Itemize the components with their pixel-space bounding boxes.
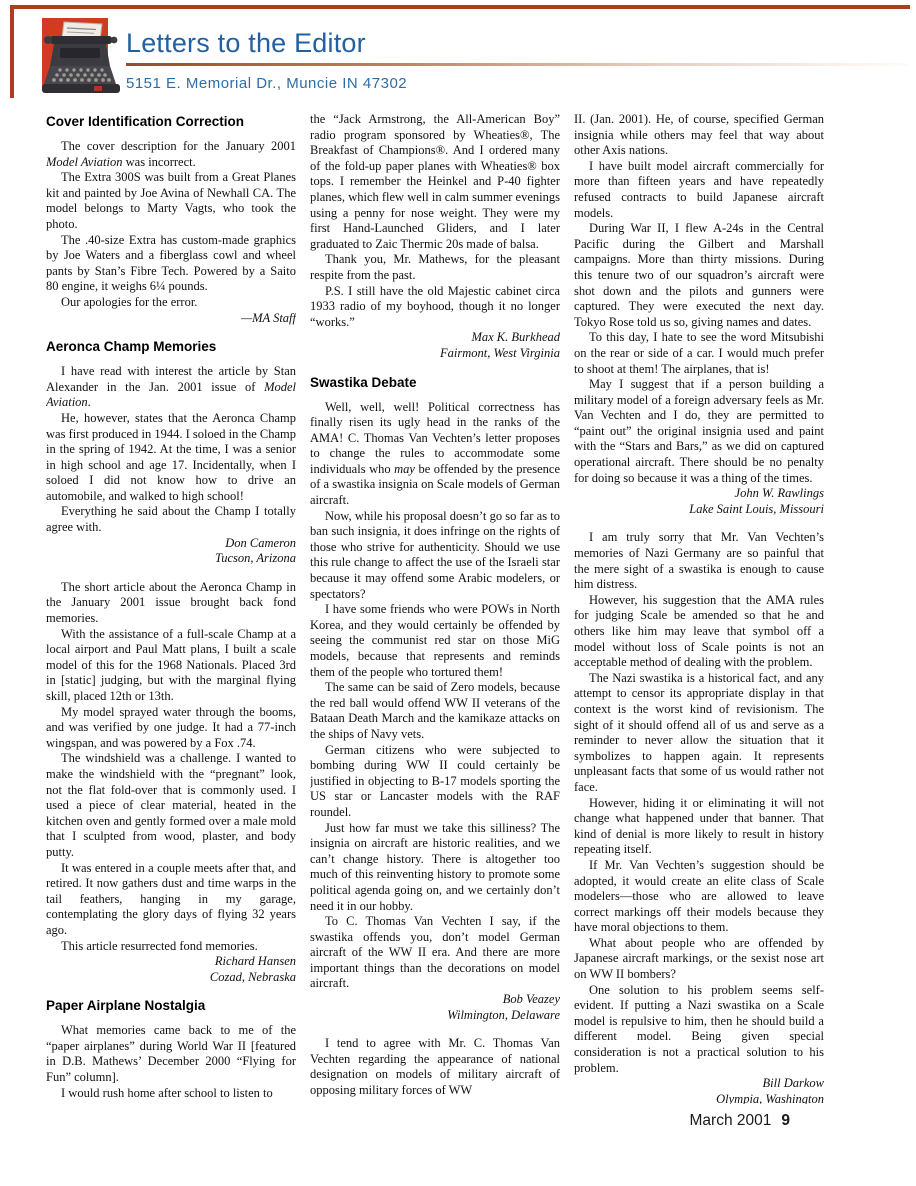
letter-paragraph: To this day, I hate to see the word Mits…: [574, 330, 824, 377]
column-3: II. (Jan. 2001). He, of course, specifie…: [574, 112, 824, 1104]
letter-paragraph: the “Jack Armstrong, the All-American Bo…: [310, 112, 560, 252]
letter-paragraph: I have read with interest the article by…: [46, 364, 296, 411]
letter-signature: John W. RawlingsLake Saint Louis, Missou…: [574, 486, 824, 517]
typewriter-graphic: [34, 18, 124, 104]
page-title: Letters to the Editor: [126, 28, 908, 58]
letter-signature: Richard HansenCozad, Nebraska: [46, 954, 296, 985]
column-1: Cover Identification CorrectionThe cover…: [46, 112, 296, 1104]
letter-paragraph: The Extra 300S was built from a Great Pl…: [46, 170, 296, 232]
top-border-rule: [10, 5, 910, 9]
typewriter-icon: [40, 16, 118, 96]
letter-paragraph: Just how far must we take this silliness…: [310, 821, 560, 915]
signature-line: Bill Darkow: [574, 1076, 824, 1092]
letter-paragraph: I am truly sorry that Mr. Van Vechten’s …: [574, 530, 824, 592]
letter-paragraph: It was entered in a couple meets after t…: [46, 861, 296, 939]
signature-line: Don Cameron: [46, 536, 296, 552]
letter-paragraph: The Nazi swastika is a historical fact, …: [574, 671, 824, 796]
signature-line: Lake Saint Louis, Missouri: [574, 502, 824, 518]
letter-paragraph: With the assistance of a full-scale Cham…: [46, 627, 296, 705]
letters-columns: Cover Identification CorrectionThe cover…: [46, 112, 824, 1104]
letter-paragraph: I tend to agree with Mr. C. Thomas Van V…: [310, 1036, 560, 1098]
letter-paragraph: Our apologies for the error.: [46, 295, 296, 311]
magazine-page: Letters to the Editor 5151 E. Memorial D…: [0, 0, 916, 1186]
signature-line: Bob Veazey: [310, 992, 560, 1008]
letter-paragraph: The .40-size Extra has custom-made graph…: [46, 233, 296, 295]
letter-signature: Bill DarkowOlympia, Washington: [574, 1076, 824, 1104]
signature-line: Richard Hansen: [46, 954, 296, 970]
editor-address: 5151 E. Memorial Dr., Muncie IN 47302: [126, 75, 908, 92]
letter-heading: Cover Identification Correction: [46, 114, 296, 130]
letter-heading: Swastika Debate: [310, 375, 560, 391]
signature-line: Wilmington, Delaware: [310, 1008, 560, 1024]
letter-paragraph: If Mr. Van Vechten’s suggestion should b…: [574, 858, 824, 936]
letter-paragraph: This article resurrected fond memories.: [46, 939, 296, 955]
letter-paragraph: German citizens who were subjected to bo…: [310, 743, 560, 821]
letter-paragraph: However, hiding it or eliminating it wil…: [574, 796, 824, 858]
letter-paragraph: P.S. I still have the old Majestic cabin…: [310, 284, 560, 331]
column-2: the “Jack Armstrong, the All-American Bo…: [310, 112, 560, 1104]
letter-paragraph: Well, well, well! Political correctness …: [310, 400, 560, 509]
letter-paragraph: The same can be said of Zero models, bec…: [310, 680, 560, 742]
letter-paragraph: Thank you, Mr. Mathews, for the pleasant…: [310, 252, 560, 283]
letter-paragraph: During War II, I flew A-24s in the Centr…: [574, 221, 824, 330]
left-border-rule: [10, 5, 14, 98]
letter-paragraph: What memories came back to me of the “pa…: [46, 1023, 296, 1085]
letter-heading: Paper Airplane Nostalgia: [46, 998, 296, 1014]
header-block: Letters to the Editor 5151 E. Memorial D…: [126, 28, 908, 92]
letter-paragraph: My model sprayed water through the booms…: [46, 705, 296, 752]
letter-paragraph: What about people who are offended by Ja…: [574, 936, 824, 983]
letter-paragraph: He, however, states that the Aeronca Cha…: [46, 411, 296, 505]
letter-paragraph: The short article about the Aeronca Cham…: [46, 580, 296, 627]
letter-signature: Bob VeazeyWilmington, Delaware: [310, 992, 560, 1023]
letter-paragraph: However, his suggestion that the AMA rul…: [574, 593, 824, 671]
signature-line: Cozad, Nebraska: [46, 970, 296, 986]
letter-signature: —MA Staff: [46, 311, 296, 327]
letter-paragraph: Everything he said about the Champ I tot…: [46, 504, 296, 535]
letter-paragraph: One solution to his problem seems self-e…: [574, 983, 824, 1077]
page-number: 9: [781, 1112, 790, 1129]
signature-line: Max K. Burkhead: [310, 330, 560, 346]
letter-paragraph: Now, while his proposal doesn’t go so fa…: [310, 509, 560, 603]
letter-paragraph: I have built model aircraft commercially…: [574, 159, 824, 221]
signature-line: John W. Rawlings: [574, 486, 824, 502]
letter-paragraph: The cover description for the January 20…: [46, 139, 296, 170]
signature-line: Olympia, Washington: [574, 1092, 824, 1104]
issue-date: March 2001: [690, 1112, 772, 1129]
letter-signature: Don CameronTucson, Arizona: [46, 536, 296, 567]
letter-paragraph: II. (Jan. 2001). He, of course, specifie…: [574, 112, 824, 159]
letter-heading: Aeronca Champ Memories: [46, 339, 296, 355]
letter-paragraph: The windshield was a challenge. I wanted…: [46, 751, 296, 860]
signature-line: Tucson, Arizona: [46, 551, 296, 567]
letter-paragraph: I have some friends who were POWs in Nor…: [310, 602, 560, 680]
letter-paragraph: To C. Thomas Van Vechten I say, if the s…: [310, 914, 560, 992]
letter-paragraph: May I suggest that if a person building …: [574, 377, 824, 486]
letter-paragraph: I would rush home after school to listen…: [46, 1086, 296, 1102]
header-divider-rule: [126, 63, 908, 66]
signature-line: —MA Staff: [46, 311, 296, 327]
page-footer: March 20019: [0, 1112, 790, 1130]
letter-signature: Max K. BurkheadFairmont, West Virginia: [310, 330, 560, 361]
signature-line: Fairmont, West Virginia: [310, 346, 560, 362]
